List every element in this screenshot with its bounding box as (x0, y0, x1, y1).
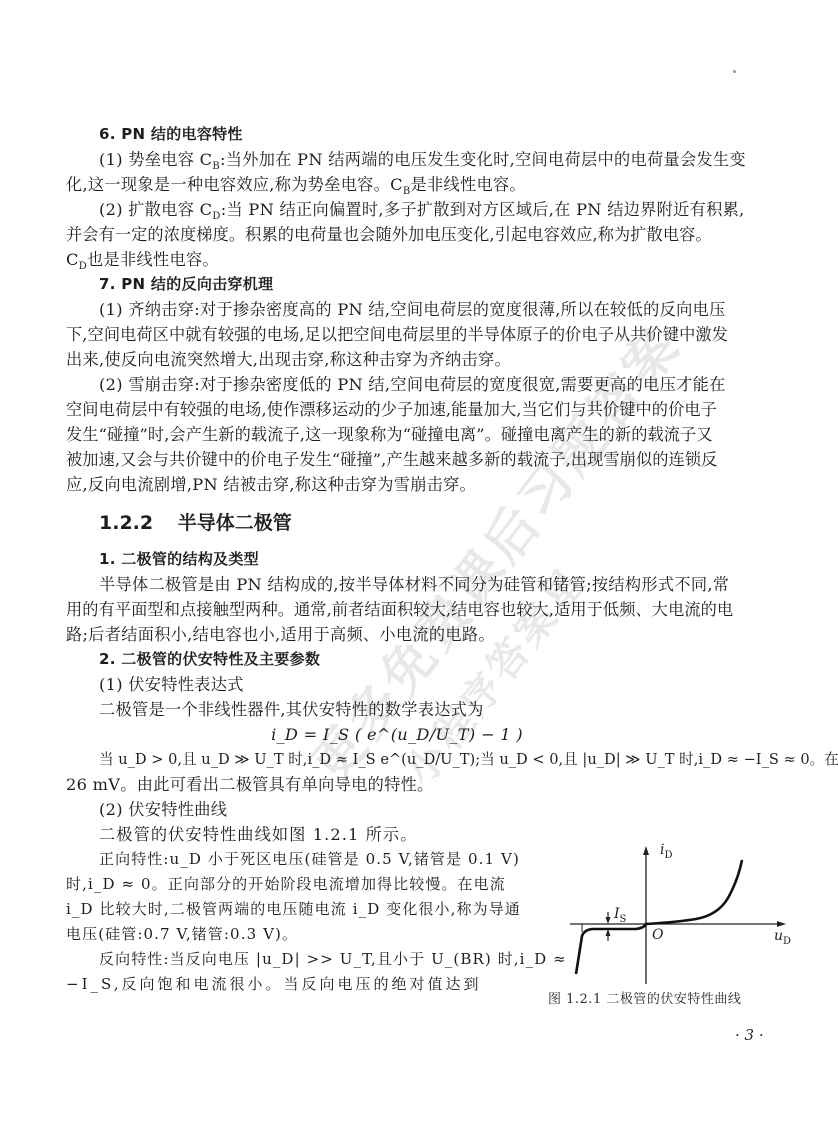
subscript: D (664, 850, 672, 861)
section-heading-diode: 1.2.2 半导体二极管 (66, 505, 788, 541)
subscript: D (212, 211, 220, 222)
text: (2) 扩散电容 C (99, 200, 212, 219)
paragraph-line: 二极管是一个非线性器件,其伏安特性的数学表达式为 (66, 697, 788, 722)
text: 是非线性电容。 (411, 175, 526, 194)
paragraph-line: 二极管的伏安特性曲线如图 1.2.1 所示。 (66, 822, 536, 847)
text: :当外加在 PN 结两端的电压发生变化时,空间电荷层中的电荷量会发生变 (220, 150, 746, 169)
paragraph-line: 路;后者结面积小,结电容也小,适用于高频、小电流的电路。 (66, 622, 788, 647)
x-axis-label: uD (774, 928, 791, 947)
paragraph-line: 发生“碰撞”时,会产生新的载流子,这一现象称为“碰撞电离”。碰撞电离产生的新的载… (66, 422, 788, 447)
subscript: B (212, 161, 220, 172)
arrow-down-icon (606, 917, 611, 924)
x-axis-arrow-icon (777, 921, 786, 927)
paragraph-zener: (1) 齐纳击穿:对于掺杂密度高的 PN 结,空间电荷层的宽度很薄,所以在较低的… (66, 297, 788, 322)
y-axis-label: iD (660, 842, 673, 861)
section-title: 半导体二极管 (178, 512, 292, 534)
text: 化,这一现象是一种电容效应,称为势垒电容。C (66, 175, 403, 194)
y-axis-arrow-icon (643, 846, 649, 855)
paragraph-line: 电压(硅管:0.7 V,锗管:0.3 V)。 (66, 922, 536, 947)
heading-pn-capacitance: 6. PN 结的电容特性 (66, 122, 788, 147)
subscript: D (79, 261, 87, 272)
origin-label: O (652, 927, 663, 943)
scan-speck (733, 70, 736, 73)
page-number: · 3 · (735, 1026, 764, 1044)
text: u (774, 928, 783, 944)
paragraph-diffusion-capacitance: (2) 扩散电容 CD:当 PN 结正向偏置时,多子扩散到对方区域后,在 PN … (66, 197, 788, 222)
paragraph-line: 出来,使反向电流突然增大,出现击穿,称这种击穿为齐纳击穿。 (66, 347, 788, 372)
paragraph-line: i_D 比较大时,二极管两端的电压随电流 i_D 变化很小,称为导通 (66, 897, 536, 922)
section-number: 1.2.2 (99, 512, 153, 534)
paragraph-line: 化,这一现象是一种电容效应,称为势垒电容。CB是非线性电容。 (66, 172, 788, 197)
paragraph-line: 26 mV。由此可看出二极管具有单向导电的特性。 (66, 772, 788, 797)
subheading-iv-expression: (1) 伏安特性表达式 (66, 672, 788, 697)
is-label: IS (614, 906, 626, 925)
textbook-page: 更多免费课后习题答案 小程序答案星 6. PN 结的电容特性 (1) 势垒电容 … (0, 0, 838, 1124)
figure-adjacent-text: 二极管的伏安特性曲线如图 1.2.1 所示。 正向特性:u_D 小于死区电压(硅… (66, 822, 536, 997)
text: (1) 势垒电容 C (99, 150, 212, 169)
paragraph-avalanche: (2) 雪崩击穿:对于掺杂密度低的 PN 结,空间电荷层的宽度很宽,需要更高的电… (66, 372, 788, 397)
figure-caption: 图 1.2.1 二极管的伏安特性曲线 (548, 988, 798, 1007)
paragraph-barrier-capacitance: (1) 势垒电容 CB:当外加在 PN 结两端的电压发生变化时,空间电荷层中的电… (66, 147, 788, 172)
paragraph-diode-structure: 半导体二极管是由 PN 结构成的,按半导体材料不同分为硅管和锗管;按结构形式不同… (66, 572, 788, 597)
text: :当 PN 结正向偏置时,多子扩散到对方区域后,在 PN 结边界附近有积累, (221, 200, 745, 219)
heading-diode-structure: 1. 二极管的结构及类型 (66, 547, 788, 572)
text: 也是非线性电容。 (87, 250, 219, 269)
paragraph-forward: 正向特性:u_D 小于死区电压(硅管是 0.5 V,锗管是 0.1 V) (66, 847, 536, 872)
heading-reverse-breakdown: 7. PN 结的反向击穿机理 (66, 272, 788, 297)
iv-curve (576, 860, 742, 974)
paragraph-reverse: 反向特性:当反向电压 |u_D| >> U_T,且小于 U_(BR) 时,i_D… (66, 947, 536, 972)
text: C (66, 250, 79, 269)
paragraph-line: 空间电荷层中有较强的电场,使作漂移运动的少子加速,能量加大,当它们与共价键中的价… (66, 397, 788, 422)
heading-iv-characteristics: 2. 二极管的伏安特性及主要参数 (66, 647, 788, 672)
paragraph-line: 应,反向电流剧增,PN 结被击穿,称这种击穿为雪崩击穿。 (66, 472, 788, 497)
paragraph-line: −I_S,反向饱和电流很小。当反向电压的绝对值达到 (66, 972, 536, 997)
subscript: B (403, 186, 411, 197)
figure-iv-curve: iD uD O IS 图 1.2.1 二极管的伏安特性曲线 (548, 838, 798, 1013)
paragraph-conditions: 当 u_D > 0,且 u_D ≫ U_T 时,i_D ≈ I_S e^(u_D… (66, 747, 788, 772)
paragraph-line: 用的有平面型和点接触型两种。通常,前者结面积较大,结电容也较大,适用于低频、大电… (66, 597, 788, 622)
formula-iv: i_D = I_S ( e^(u_D/U_T) − 1 ) (66, 722, 788, 747)
subscript: D (783, 936, 791, 947)
iv-curve-plot (548, 838, 798, 988)
paragraph-line: CD也是非线性电容。 (66, 247, 788, 272)
subheading-iv-curve: (2) 伏安特性曲线 (66, 797, 788, 822)
subscript: S (620, 914, 627, 925)
paragraph-line: 被加速,又会与共价键中的价电子发生“碰撞”,产生越来越多新的载流子,出现雪崩似的… (66, 447, 788, 472)
paragraph-line: 并会有一定的浓度梯度。积累的电荷量也会随外加电压变化,引起电容效应,称为扩散电容… (66, 222, 788, 247)
paragraph-line: 时,i_D ≈ 0。正向部分的开始阶段电流增加得比较慢。在电流 (66, 872, 536, 897)
paragraph-line: 下,空间电荷区中就有较强的电场,足以把空间电荷层里的半导体原子的价电子从共价键中… (66, 322, 788, 347)
